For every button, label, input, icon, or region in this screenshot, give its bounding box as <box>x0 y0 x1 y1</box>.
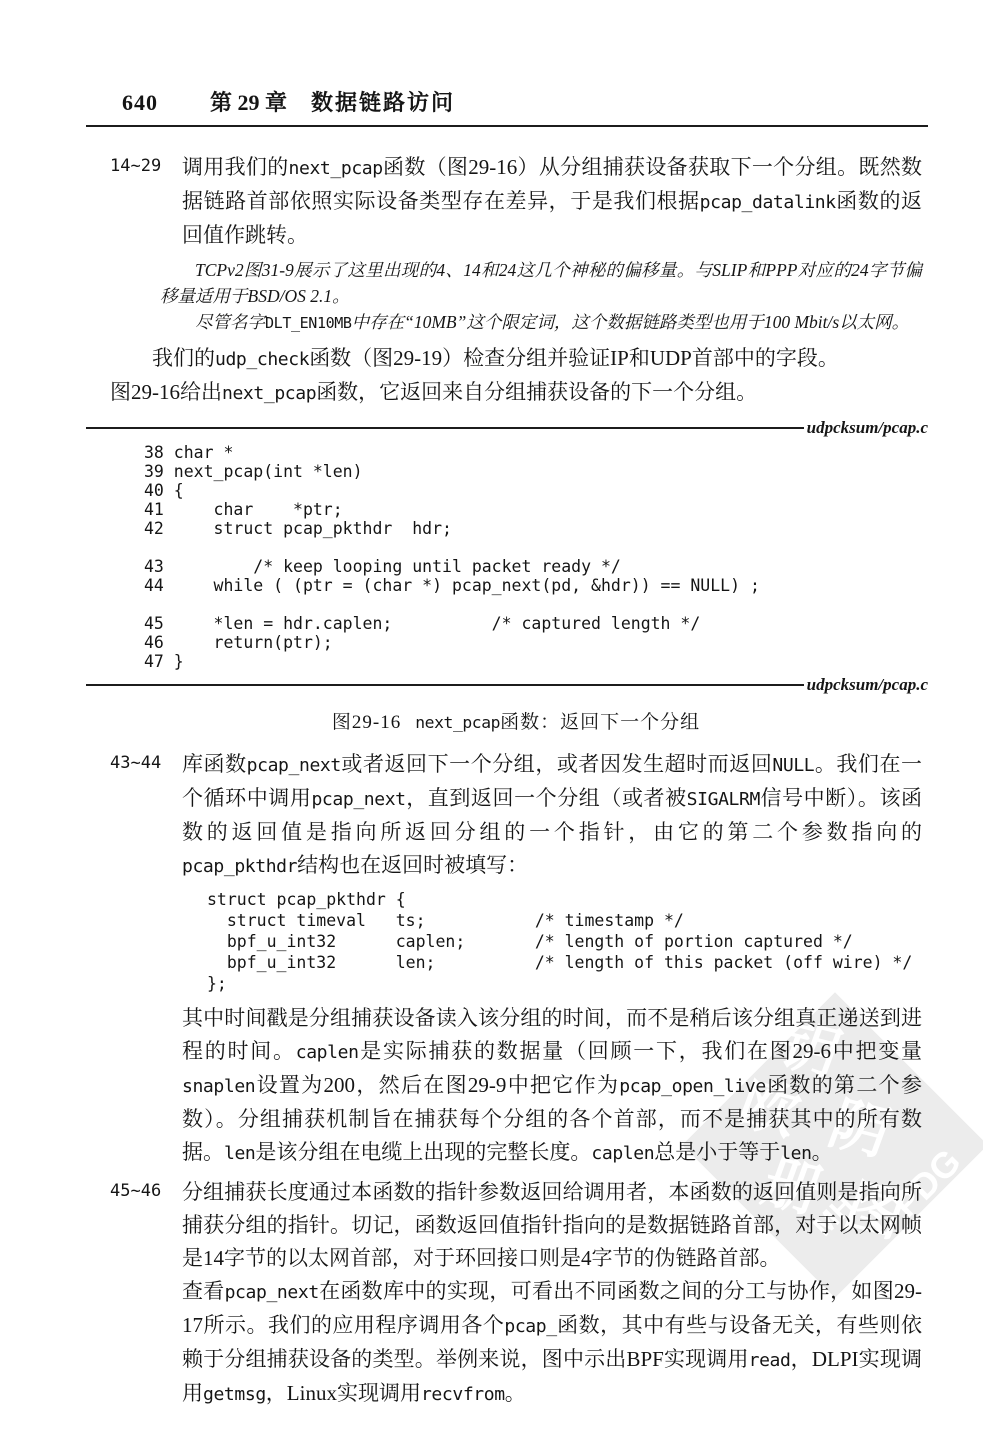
inline-code: read <box>749 1350 791 1371</box>
inline-code: len <box>780 1143 811 1164</box>
line-range-label: 43~44 <box>110 748 182 1170</box>
inline-code: recvfrom <box>421 1384 505 1405</box>
text-segment: ，Linux实现调用 <box>266 1381 421 1405</box>
rule-line <box>86 427 804 429</box>
commentary-body: 分组捕获长度通过本函数的指针参数返回给调用者，本函数的返回值则是指向所捕获分组的… <box>182 1176 922 1411</box>
text-segment: 结构也在返回时被填写： <box>297 853 528 877</box>
paragraph: 库函数pcap_next或者返回下一个分组，或者因发生超时而返回NULL。我们在… <box>182 748 922 883</box>
paragraph: 分组捕获长度通过本函数的指针参数返回给调用者，本函数的返回值则是指向所捕获分组的… <box>182 1176 922 1275</box>
inline-code: pcap_ <box>504 1316 556 1337</box>
paragraph: 调用我们的next_pcap函数（图29-16）从分组捕获设备获取下一个分组。既… <box>182 151 922 252</box>
text-segment: 分组捕获长度通过本函数的指针参数返回给调用者，本函数的返回值则是指向所捕获分组的… <box>182 1180 922 1270</box>
text-segment: 调用我们的 <box>182 155 289 179</box>
text-segment: 是实际捕获的数据量（回顾一下，我们在图29-6中把变量 <box>359 1039 922 1063</box>
text-segment: 函数，它返回来自分组捕获设备的下一个分组。 <box>316 380 757 404</box>
text-segment: TCPv2图31-9展示了这里出现的4、14和24这几个神秘的偏移量。与SLIP… <box>160 260 922 306</box>
inline-code: pcap_next <box>247 755 341 776</box>
text-segment: 或者返回下一个分组，或者因发生超时而返回 <box>341 752 773 776</box>
inline-code: next_pcap <box>289 158 383 179</box>
inline-code: DLT_EN10MB <box>265 314 352 332</box>
header-rule <box>86 125 928 127</box>
inline-code: len <box>224 1143 255 1164</box>
paragraph: 我们的udp_check函数（图29-19）检查分组并验证IP和UDP首部中的字… <box>110 342 922 376</box>
book-page: 职 钥 欧 阴 册 图 MH PDG 640 第 29 章 数据链路访问 14~… <box>0 0 983 1432</box>
text-segment: 尽管名字 <box>195 312 265 332</box>
inline-code: snaplen <box>182 1076 255 1097</box>
paragraph: 其中时间戳是分组捕获设备读入该分组的时间，而不是稍后该分组真正递送到进程的时间。… <box>182 1002 922 1170</box>
chapter-label: 第 29 章 <box>210 86 287 117</box>
inline-code: pcap_pkthdr <box>182 856 297 877</box>
line-range-label: 14~29 <box>110 151 182 252</box>
text-segment: 函数（图29-19）检查分组并验证IP和UDP首部中的字段。 <box>309 346 839 370</box>
inline-code: getmsg <box>203 1384 266 1405</box>
text-segment: 图29-16 <box>332 712 401 733</box>
inline-code: SIGALRM <box>687 789 760 810</box>
page-content: 640 第 29 章 数据链路访问 14~29 调用我们的next_pcap函数… <box>0 0 983 1411</box>
inline-code: next_pcap <box>222 383 316 404</box>
inline-code: caplen <box>591 1143 654 1164</box>
text-segment: 库函数 <box>182 752 247 776</box>
text-segment: 是该分组在电缆上出现的完整长度。 <box>255 1140 591 1164</box>
inline-code: pcap_datalink <box>700 192 836 213</box>
text-segment: ，直到返回一个分组（或者被 <box>406 786 687 810</box>
text-segment: 查看 <box>182 1279 225 1303</box>
page-number: 640 <box>122 90 158 116</box>
chapter-title: 数据链路访问 <box>311 86 455 117</box>
paragraph: 图29-16给出next_pcap函数，它返回来自分组捕获设备的下一个分组。 <box>110 376 922 410</box>
rule-line <box>86 684 804 686</box>
note-paragraph: 尽管名字DLT_EN10MB中存在“10MB”这个限定词，这个数据链路类型也用于… <box>160 309 922 336</box>
line-range-label: 45~46 <box>110 1176 182 1411</box>
inline-code: pcap_next <box>311 789 405 810</box>
commentary-body: 库函数pcap_next或者返回下一个分组，或者因发生超时而返回NULL。我们在… <box>182 748 922 1170</box>
text-segment: 图29-16给出 <box>110 380 222 404</box>
text-segment: 函数：返回下一个分组 <box>500 712 700 733</box>
listing-top-rule: udpcksum/pcap.c <box>86 418 928 438</box>
text-segment: 设置为200，然后在图29-9中把它作为 <box>255 1073 619 1097</box>
inline-code: NULL <box>772 755 814 776</box>
inline-code: pcap_open_live <box>619 1076 766 1097</box>
listing-bottom-rule: udpcksum/pcap.c <box>86 675 928 695</box>
text-segment: 。 <box>505 1381 526 1405</box>
source-file-label: udpcksum/pcap.c <box>807 675 928 695</box>
commentary-body: 调用我们的next_pcap函数（图29-16）从分组捕获设备获取下一个分组。既… <box>182 151 922 252</box>
figure-caption: 图29-16next_pcap函数：返回下一个分组 <box>110 707 922 734</box>
inline-code: next_pcap <box>415 713 500 732</box>
inline-code: caplen <box>296 1042 359 1063</box>
source-file-label: udpcksum/pcap.c <box>807 418 928 438</box>
text-segment: 总是小于等于 <box>654 1140 780 1164</box>
struct-snippet: struct pcap_pkthdr { struct timeval ts; … <box>207 889 922 994</box>
code-listing: 38 char * 39 next_pcap(int *len) 40 { 41… <box>144 443 922 671</box>
commentary-block-45-46: 45~46 分组捕获长度通过本函数的指针参数返回给调用者，本函数的返回值则是指向… <box>110 1176 922 1411</box>
petit-note: TCPv2图31-9展示了这里出现的4、14和24这几个神秘的偏移量。与SLIP… <box>160 257 922 336</box>
inline-code: udp_check <box>215 349 309 370</box>
text-segment: 。 <box>812 1140 833 1164</box>
note-paragraph: TCPv2图31-9展示了这里出现的4、14和24这几个神秘的偏移量。与SLIP… <box>160 257 922 309</box>
running-head: 640 第 29 章 数据链路访问 <box>110 86 922 117</box>
text-segment: 中存在“10MB”这个限定词，这个数据链路类型也用于100 Mbit/s以太网。 <box>352 312 910 332</box>
inline-code: pcap_next <box>225 1282 319 1303</box>
commentary-block-43-44: 43~44 库函数pcap_next或者返回下一个分组，或者因发生超时而返回NU… <box>110 748 922 1170</box>
paragraph: 查看pcap_next在函数库中的实现，可看出不同函数之间的分工与协作，如图29… <box>182 1275 922 1411</box>
text-segment: 我们的 <box>152 346 215 370</box>
commentary-block-14-29: 14~29 调用我们的next_pcap函数（图29-16）从分组捕获设备获取下… <box>110 151 922 252</box>
